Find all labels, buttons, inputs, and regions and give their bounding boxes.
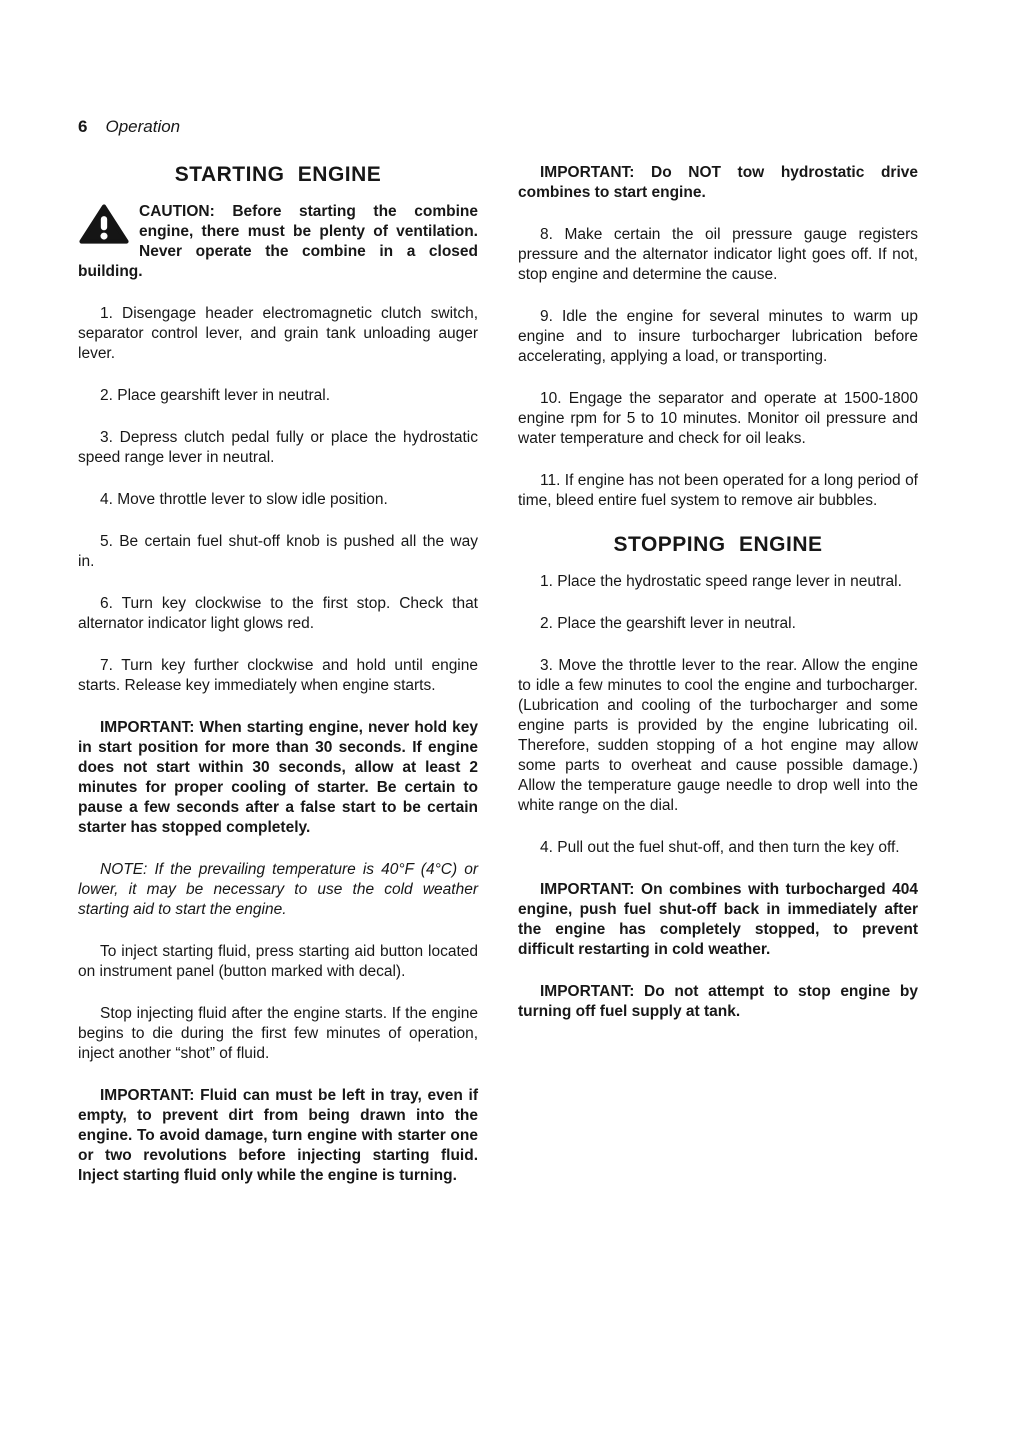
section-title: Operation (105, 117, 180, 136)
caution-paragraph: CAUTION: Before starting the combine eng… (78, 202, 478, 282)
important-paragraph: IMPORTANT: When starting engine, never h… (78, 718, 478, 838)
step-paragraph: 10. Engage the separator and operate at … (518, 389, 918, 449)
note-paragraph: NOTE: If the prevailing temperature is 4… (78, 860, 478, 920)
step-paragraph: 1. Disengage header electromagnetic clut… (78, 304, 478, 364)
step-paragraph: 8. Make certain the oil pressure gauge r… (518, 225, 918, 285)
left-column: STARTING ENGINECAUTION: Before starting … (78, 163, 478, 1208)
step-paragraph: 1. Place the hydrostatic speed range lev… (518, 572, 918, 592)
section-heading: STARTING ENGINE (78, 163, 478, 187)
important-paragraph: IMPORTANT: Fluid can must be left in tra… (78, 1086, 478, 1186)
caution-text: CAUTION: Before starting the combine eng… (78, 203, 478, 280)
manual-page: 6Operation STARTING ENGINECAUTION: Befor… (0, 0, 1024, 1449)
page-number: 6 (78, 117, 87, 136)
body-paragraph: Stop injecting fluid after the engine st… (78, 1004, 478, 1064)
step-paragraph: 2. Place gearshift lever in neutral. (78, 386, 478, 406)
step-paragraph: 2. Place the gearshift lever in neutral. (518, 614, 918, 634)
step-paragraph: 11. If engine has not been operated for … (518, 471, 918, 511)
section-heading: STOPPING ENGINE (518, 533, 918, 557)
step-paragraph: 6. Turn key clockwise to the first stop.… (78, 594, 478, 634)
step-paragraph: 3. Move the throttle lever to the rear. … (518, 656, 918, 816)
page-content: STARTING ENGINECAUTION: Before starting … (78, 163, 918, 1208)
important-paragraph: IMPORTANT: Do NOT tow hydrostatic drive … (518, 163, 918, 203)
warning-triangle-icon (78, 204, 130, 244)
step-paragraph: 3. Depress clutch pedal fully or place t… (78, 428, 478, 468)
step-paragraph: 5. Be certain fuel shut-off knob is push… (78, 532, 478, 572)
step-paragraph: 7. Turn key further clockwise and hold u… (78, 656, 478, 696)
page-header: 6Operation (78, 116, 180, 138)
important-paragraph: IMPORTANT: Do not attempt to stop engine… (518, 982, 918, 1022)
step-paragraph: 4. Move throttle lever to slow idle posi… (78, 490, 478, 510)
body-paragraph: To inject starting fluid, press starting… (78, 942, 478, 982)
step-paragraph: 9. Idle the engine for several minutes t… (518, 307, 918, 367)
right-column: IMPORTANT: Do NOT tow hydrostatic drive … (518, 163, 918, 1208)
step-paragraph: 4. Pull out the fuel shut-off, and then … (518, 838, 918, 858)
important-paragraph: IMPORTANT: On combines with turbocharged… (518, 880, 918, 960)
